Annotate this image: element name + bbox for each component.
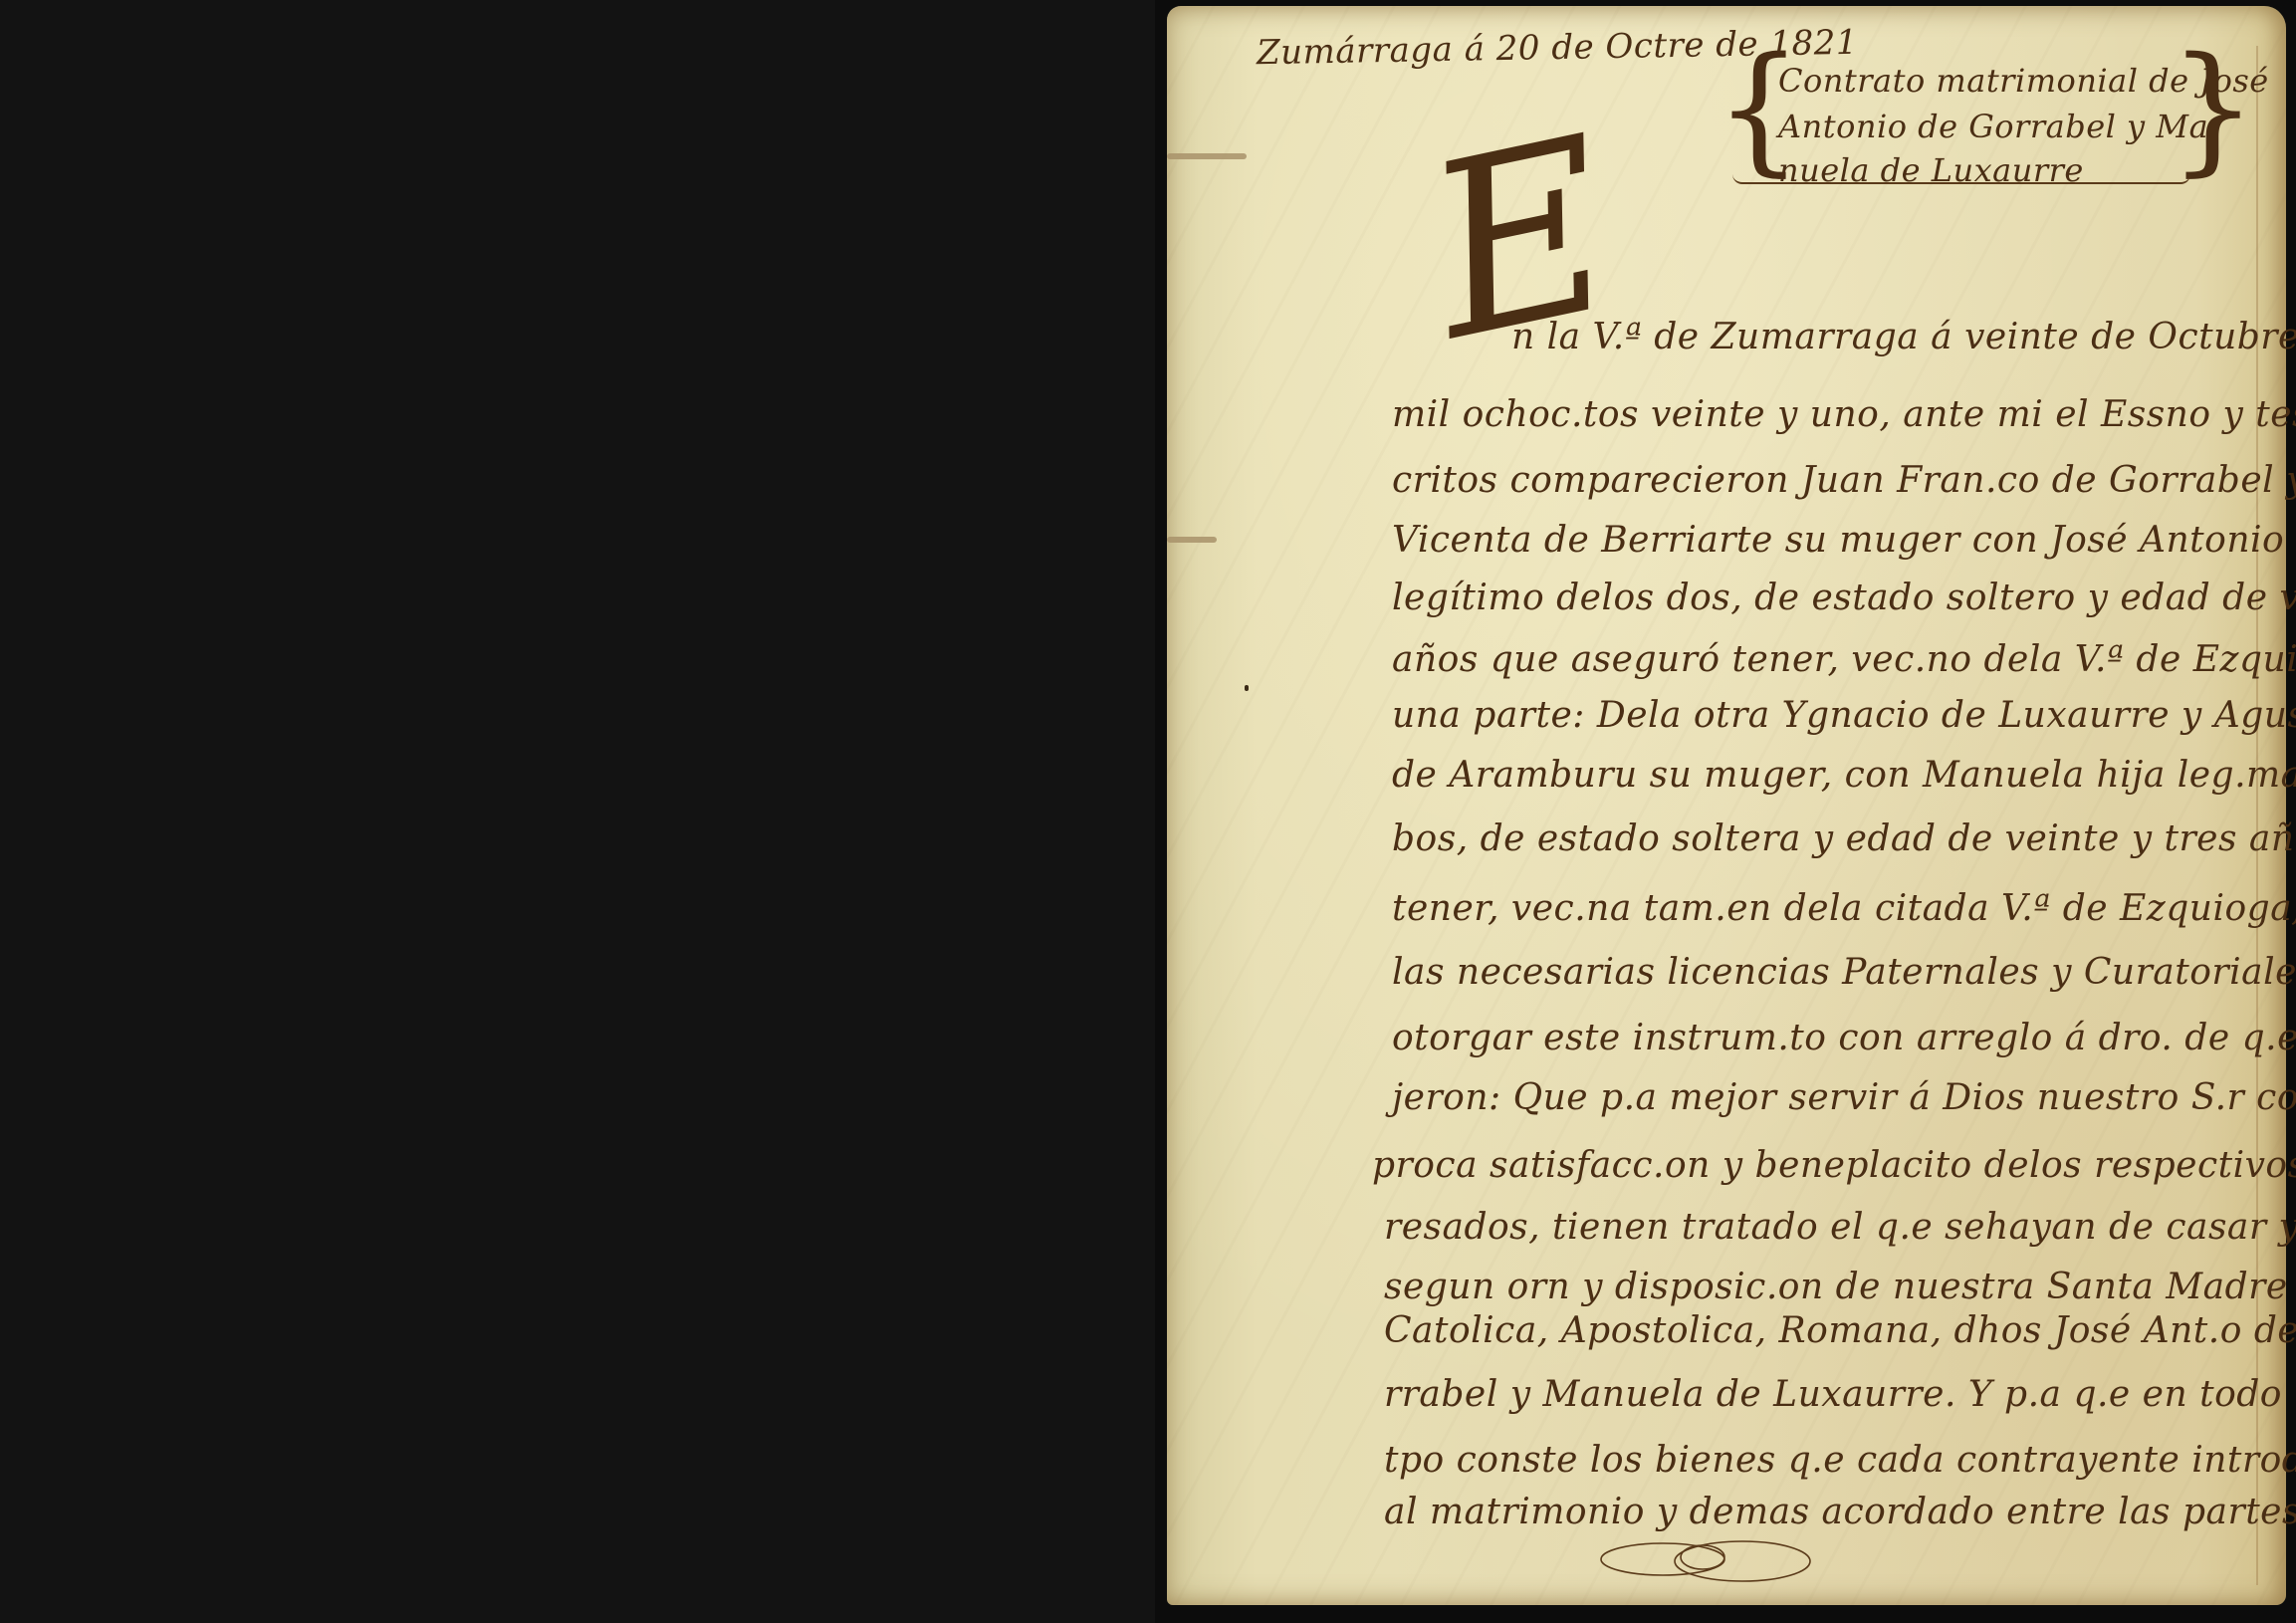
binding-thread (1167, 537, 1217, 543)
manuscript-line: al matrimonio y demas acordado entre las… (1384, 1492, 2296, 1532)
manuscript-line: mil ochoc.tos veinte y uno, ante mi el E… (1392, 394, 2296, 435)
binding-thread (1167, 153, 1247, 159)
manuscript-line: bos, de estado soltera y edad de veinte … (1392, 818, 2296, 859)
manuscript-line: critos comparecieron Juan Fran.co de Gor… (1392, 460, 2296, 501)
manuscript-line: de Aramburu su muger, con Manuela hija l… (1392, 755, 2296, 796)
manuscript-line: segun orn y disposic.on de nuestra Santa… (1384, 1267, 2296, 1307)
manuscript-line: tpo conste los bienes q.e cada contrayen… (1384, 1440, 2296, 1481)
manuscript-page (1167, 6, 2286, 1605)
document-viewer: Zumárraga á 20 de Octre de 1821 { } Cont… (0, 0, 2296, 1623)
manuscript-line: una parte: Dela otra Ygnacio de Luxaurre… (1392, 695, 2296, 736)
manuscript-line: Catolica, Apostolica, Romana, dhos José … (1384, 1310, 2296, 1351)
manuscript-line: tener, vec.na tam.en dela citada V.ª de … (1392, 888, 2296, 929)
manuscript-line: años que aseguró tener, vec.no dela V.ª … (1392, 639, 2296, 680)
closing-flourish-icon (1593, 1531, 1832, 1591)
marginal-title-line: Antonio de Gorrabel y Ma- (1778, 108, 2219, 145)
manuscript-line: resados, tienen tratado el q.e sehayan d… (1384, 1207, 2296, 1248)
manuscript-line: n la V.ª de Zumarraga á veinte de Octubr… (1511, 317, 2296, 357)
manuscript-line: rrabel y Manuela de Luxaurre. Y p.a q.e … (1384, 1374, 2282, 1415)
marginal-title-line: Contrato matrimonial de José (1778, 62, 2269, 100)
manuscript-line: las necesarias licencias Paternales y Cu… (1392, 952, 2296, 993)
manuscript-line: Vicenta de Berriarte su muger con José A… (1392, 520, 2296, 561)
marginal-title-line: nuela de Luxaurre (1778, 151, 2084, 189)
empty-viewer-area (0, 0, 1155, 1623)
manuscript-line: proca satisfacc.on y beneplacito delos r… (1372, 1145, 2296, 1186)
manuscript-line: otorgar este instrum.to con arreglo á dr… (1392, 1018, 2296, 1058)
manuscript-line: legítimo delos dos, de estado soltero y … (1392, 578, 2296, 618)
manuscript-line: jeron: Que p.a mejor servir á Dios nuest… (1392, 1077, 2296, 1118)
paper-fold-edge (2256, 46, 2258, 1585)
ink-speck (1245, 685, 1249, 691)
